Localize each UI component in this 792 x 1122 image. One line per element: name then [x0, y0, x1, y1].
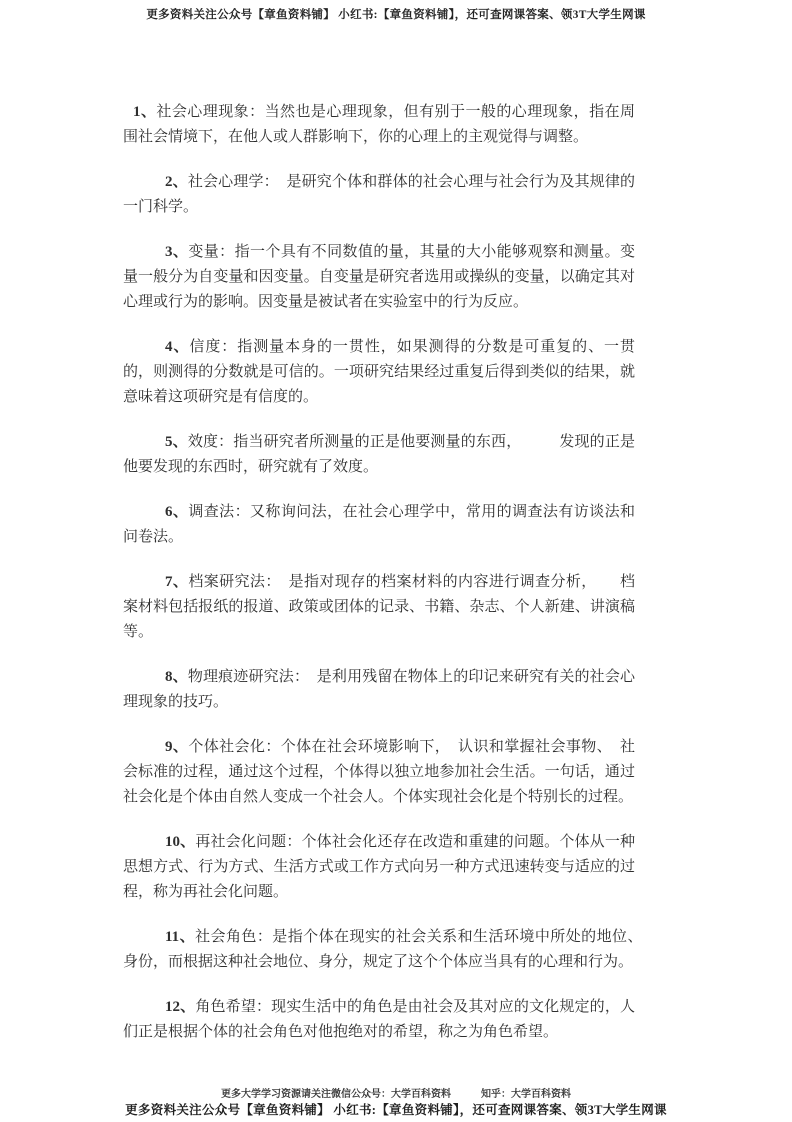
item-number: 7、: [165, 574, 188, 590]
item-number: 5、: [165, 434, 188, 450]
definition-paragraph-7: 7、档案研究法： 是指对现存的档案材料的内容进行调查分析， 档案材料包括报纸的报…: [123, 570, 635, 645]
item-number: 11、: [165, 929, 195, 945]
item-text: 社会角色：是指个体在现实的社会关系和生活环境中所处的地位、 身份，而根据这种社会…: [123, 929, 665, 970]
item-text: 物理痕迹研究法： 是利用残留在物体上的印记来研究有关的社会心理现象的技巧。: [123, 669, 635, 710]
definition-paragraph-5: 5、效度：指当研究者所测量的正是他要测量的东西， 发现的正是他要发现的东西时，研…: [123, 430, 635, 480]
item-text: 效度：指当研究者所测量的正是他要测量的东西， 发现的正是他要发现的东西时，研究就…: [123, 434, 635, 475]
item-number: 9、: [165, 739, 188, 755]
item-number: 2、: [165, 174, 188, 190]
definition-paragraph-11: 11、社会角色：是指个体在现实的社会关系和生活环境中所处的地位、 身份，而根据这…: [123, 925, 635, 975]
header-promo-note: 更多资料关注公众号【章鱼资料铺】 小红书:【章鱼资料铺】，还可查网课答案、领3T…: [0, 6, 792, 22]
item-text: 社会心理学： 是研究个体和群体的社会心理与社会行为及其规律的一门科学。: [123, 174, 635, 215]
item-number: 1、: [133, 104, 156, 120]
definition-paragraph-6: 6、调查法：又称询问法，在社会心理学中，常用的调查法有访谈法和问卷法。: [123, 500, 635, 550]
document-page: 更多资料关注公众号【章鱼资料铺】 小红书:【章鱼资料铺】，还可查网课答案、领3T…: [0, 0, 792, 1122]
item-number: 10、: [165, 834, 195, 850]
item-text: 档案研究法： 是指对现存的档案材料的内容进行调查分析， 档案材料包括报纸的报道、…: [123, 574, 635, 640]
definition-paragraph-2: 2、社会心理学： 是研究个体和群体的社会心理与社会行为及其规律的一门科学。: [123, 170, 635, 220]
item-text: 再社会化问题：个体社会化还存在改造和重建的问题。个体从一种思想方式、行为方式、生…: [123, 834, 635, 900]
definition-paragraph-10: 10、再社会化问题：个体社会化还存在改造和重建的问题。个体从一种思想方式、行为方…: [123, 830, 635, 905]
definition-paragraph-9: 9、个体社会化：个体在社会环境影响下， 认识和掌握社会事物、 社会标准的过程，通…: [123, 735, 635, 810]
item-number: 12、: [165, 999, 195, 1015]
item-number: 6、: [165, 504, 188, 520]
definition-paragraph-4: 4、信度：指测量本身的一贯性，如果测得的分数是可重复的、一贯的，则测得的分数就是…: [123, 335, 635, 410]
definition-paragraph-1: 1、社会心理现象：当然也是心理现象，但有别于一般的心理现象，指在周围社会情境下，…: [123, 100, 635, 150]
definition-paragraph-12: 12、角色希望：现实生活中的角色是由社会及其对应的文化规定的，人们正是根据个体的…: [123, 995, 635, 1045]
footer-resources-note: 更多大学学习资源请关注微信公众号：大学百科资料 知乎：大学百科资料: [0, 1085, 792, 1100]
item-text: 社会心理现象：当然也是心理现象，但有别于一般的心理现象，指在周围社会情境下，在他…: [123, 104, 635, 145]
item-text: 个体社会化：个体在社会环境影响下， 认识和掌握社会事物、 社会标准的过程，通过这…: [123, 739, 635, 805]
item-text: 变量：指一个具有不同数值的量，其量的大小能够观察和测量。变量一般分为自变量和因变…: [123, 244, 635, 310]
definition-paragraph-3: 3、变量：指一个具有不同数值的量，其量的大小能够观察和测量。变量一般分为自变量和…: [123, 240, 635, 315]
item-number: 3、: [165, 244, 188, 260]
document-body: 1、社会心理现象：当然也是心理现象，但有别于一般的心理现象，指在周围社会情境下，…: [123, 100, 635, 1065]
item-number: 8、: [165, 669, 188, 685]
item-text: 信度：指测量本身的一贯性，如果测得的分数是可重复的、一贯的，则测得的分数就是可信…: [123, 339, 635, 405]
item-text: 调查法：又称询问法，在社会心理学中，常用的调查法有访谈法和问卷法。: [123, 504, 635, 545]
item-text: 角色希望：现实生活中的角色是由社会及其对应的文化规定的，人们正是根据个体的社会角…: [123, 999, 635, 1040]
footer-promo-note: 更多资料关注公众号【章鱼资料铺】 小红书:【章鱼资料铺】，还可查网课答案、领3T…: [0, 1100, 792, 1118]
definition-paragraph-8: 8、物理痕迹研究法： 是利用残留在物体上的印记来研究有关的社会心理现象的技巧。: [123, 665, 635, 715]
item-number: 4、: [165, 339, 189, 355]
